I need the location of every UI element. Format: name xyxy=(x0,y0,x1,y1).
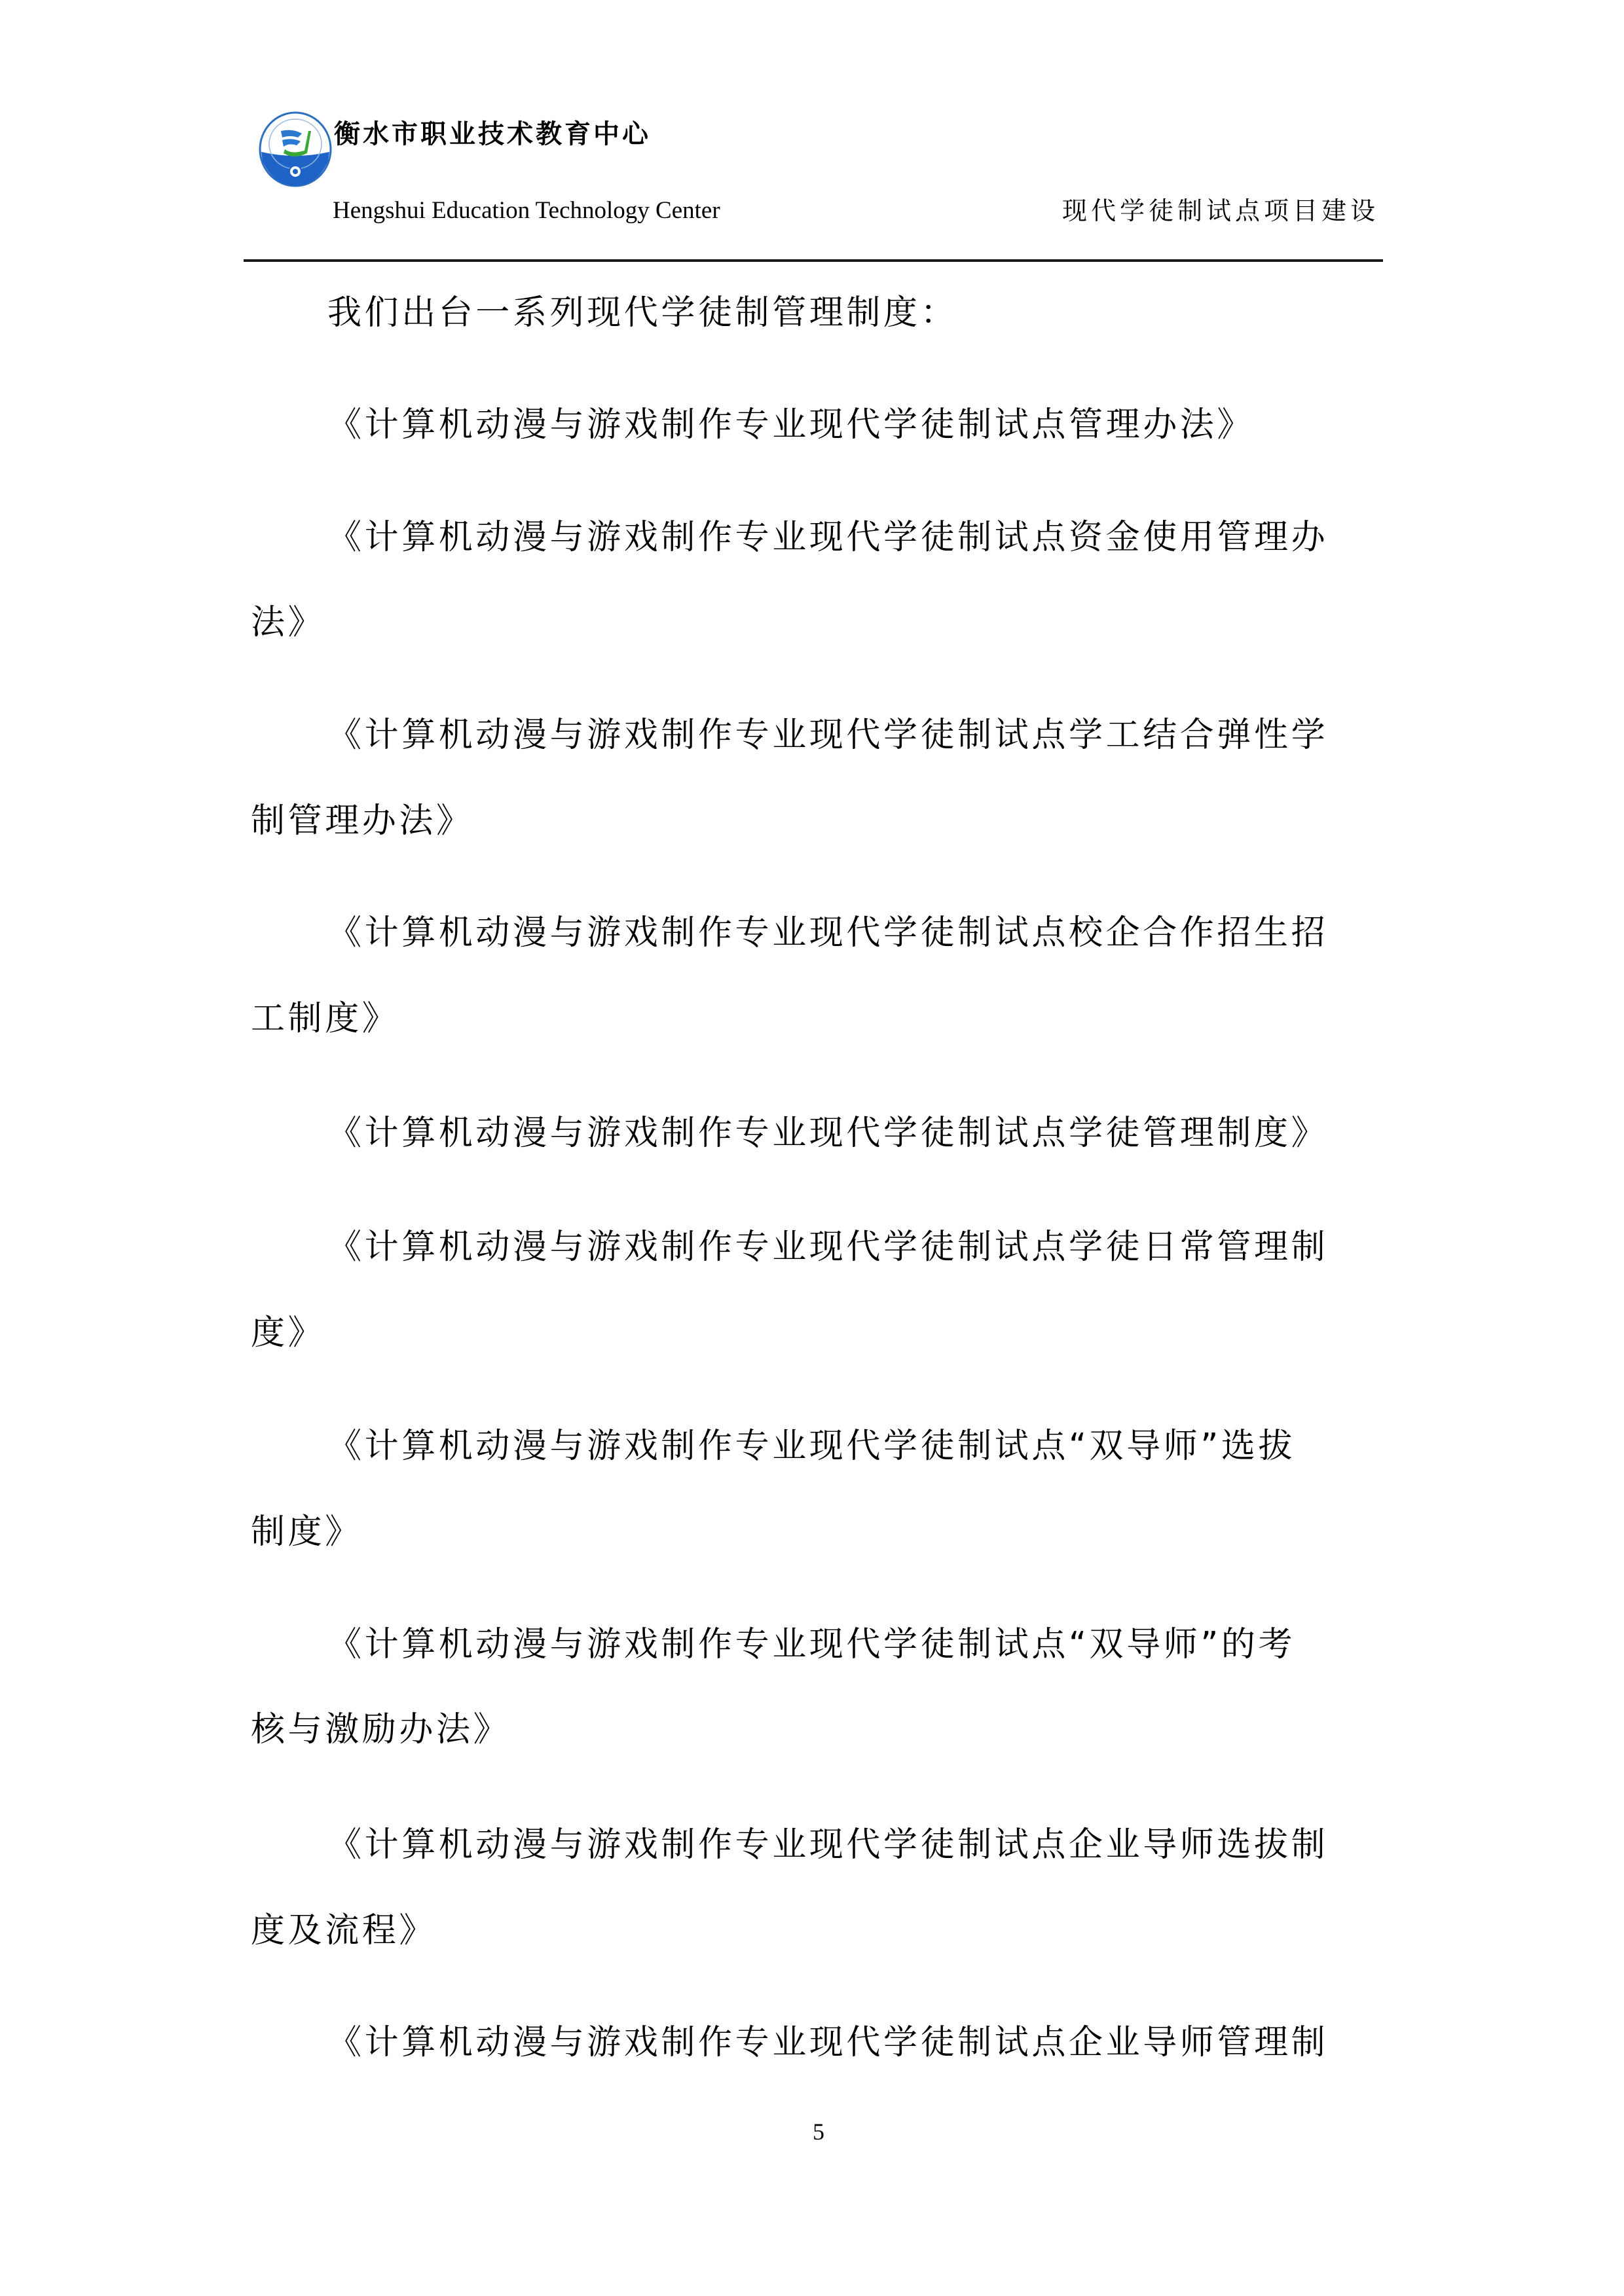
document-title: 《计算机动漫与游戏制作专业现代学徒制试点“双导师”的考 xyxy=(327,1624,1295,1666)
school-emblem-logo xyxy=(259,111,332,187)
document-title: 《计算机动漫与游戏制作专业现代学徒制试点学徒管理制度》 xyxy=(327,1112,1328,1154)
document-title-continued: 度及流程》 xyxy=(251,1910,436,1952)
document-title-continued: 度》 xyxy=(251,1312,325,1354)
document-title-continued: 工制度》 xyxy=(251,998,399,1040)
document-title: 《计算机动漫与游戏制作专业现代学徒制试点企业导师选拔制 xyxy=(327,1824,1328,1866)
document-title: 《计算机动漫与游戏制作专业现代学徒制试点企业导师管理制 xyxy=(327,2022,1328,2064)
document-title: 《计算机动漫与游戏制作专业现代学徒制试点校企合作招生招 xyxy=(327,912,1328,954)
document-title-continued: 法》 xyxy=(251,602,325,644)
document-title-continued: 制管理办法》 xyxy=(251,800,473,842)
document-title: 《计算机动漫与游戏制作专业现代学徒制试点“双导师”选拔 xyxy=(327,1425,1295,1467)
document-title-continued: 制度》 xyxy=(251,1511,362,1553)
document-title: 《计算机动漫与游戏制作专业现代学徒制试点学徒日常管理制 xyxy=(327,1226,1328,1268)
document-title: 《计算机动漫与游戏制作专业现代学徒制试点管理办法》 xyxy=(327,404,1254,446)
document-title: 《计算机动漫与游戏制作专业现代学徒制试点学工结合弹性学 xyxy=(327,714,1328,756)
section-title: 现代学徒制试点项目建设 xyxy=(1062,196,1379,225)
document-title: 《计算机动漫与游戏制作专业现代学徒制试点资金使用管理办 xyxy=(327,517,1328,558)
header-divider xyxy=(244,259,1383,262)
organization-name-chinese: 衡水市职业技术教育中心 xyxy=(334,118,651,151)
intro-paragraph: 我们出台一系列现代学徒制管理制度： xyxy=(327,292,957,334)
organization-name-english: Hengshui Education Technology Center xyxy=(333,196,720,225)
page-number: 5 xyxy=(813,2119,824,2145)
document-title-continued: 核与激励办法》 xyxy=(251,1709,510,1751)
